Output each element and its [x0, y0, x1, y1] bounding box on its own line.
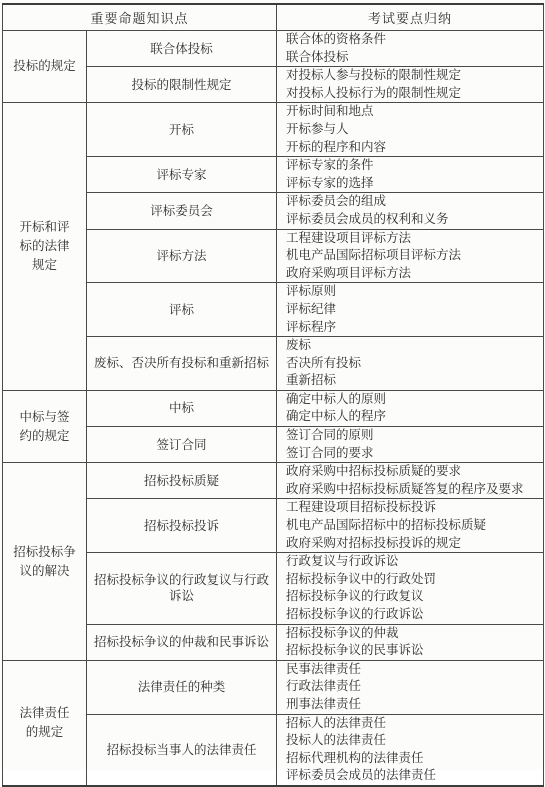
topic-cell: 招标投标当事人的法律责任	[87, 714, 277, 770]
topic-cell: 评标专家	[87, 157, 277, 193]
points-cell: 工程建设项目评标方法 机电产品国际招标项目评标方法 政府采购项目评标方法	[277, 229, 544, 283]
points-cell: 招标投标争议的仲裁 招标投标争议的民事诉讼	[277, 624, 544, 660]
topic-cell: 评标	[87, 283, 277, 337]
topic-cell: 签订合同	[87, 427, 277, 463]
points-cell: 签订合同的原则 签订合同的要求	[277, 427, 544, 463]
category-cell: 法律责任 的规定	[3, 660, 87, 770]
table-row: 法律责任 的规定 法律责任的种类 民事法律责任 行政法律责任 刑事法律责任	[3, 660, 544, 714]
category-cell: 投标的规定	[3, 31, 87, 103]
table-row: 投标的规定 联合体投标 联合体的资格条件 联合体投标	[3, 31, 544, 67]
topic-cell: 法律责任的种类	[87, 660, 277, 714]
points-cell: 招标人的法律责任 投标人的法律责任 招标代理机构的法律责任 评标委员会成员的法律…	[277, 714, 544, 770]
topic-cell: 投标的限制性规定	[87, 67, 277, 103]
header-knowledge-points: 重要命题知识点	[3, 4, 277, 31]
points-cell: 开标时间和地点 开标参与人 开标的程序和内容	[277, 103, 544, 157]
topic-cell: 中标	[87, 390, 277, 426]
points-cell: 联合体的资格条件 联合体投标	[277, 31, 544, 67]
topic-cell: 招标投标投诉	[87, 499, 277, 553]
points-cell: 政府采购中招标投标质疑的要求 政府采购中招标投标质疑答复的程序及要求	[277, 463, 544, 499]
header-row: 重要命题知识点 考试要点归纳	[3, 4, 544, 31]
document-page: 重要命题知识点 考试要点归纳 投标的规定 联合体投标 联合体的资格条件 联合体投…	[0, 0, 545, 770]
topic-cell: 联合体投标	[87, 31, 277, 67]
points-cell: 民事法律责任 行政法律责任 刑事法律责任	[277, 660, 544, 714]
topic-cell: 开标	[87, 103, 277, 157]
knowledge-table: 重要命题知识点 考试要点归纳 投标的规定 联合体投标 联合体的资格条件 联合体投…	[2, 3, 544, 770]
points-cell: 评标委员会的组成 评标委员会成员的权利和义务	[277, 193, 544, 229]
table-row: 开标和评 标的法律 规定 开标 开标时间和地点 开标参与人 开标的程序和内容	[3, 103, 544, 157]
table-row: 招标投标争 议的解决 招标投标质疑 政府采购中招标投标质疑的要求 政府采购中招标…	[3, 463, 544, 499]
points-cell: 行政复议与行政诉讼 招标投标争议中的行政处罚 招标投标争议的行政复议 招标投标争…	[277, 553, 544, 624]
topic-cell: 招标投标争议的仲裁和民事诉讼	[87, 624, 277, 660]
category-cell: 中标与签 约的规定	[3, 390, 87, 462]
points-cell: 废标 否决所有投标 重新招标	[277, 337, 544, 391]
table-row: 中标与签 约的规定 中标 确定中标人的原则 确定中标人的程序	[3, 390, 544, 426]
topic-cell: 评标委员会	[87, 193, 277, 229]
points-cell: 评标专家的条件 评标专家的选择	[277, 157, 544, 193]
points-cell: 确定中标人的原则 确定中标人的程序	[277, 390, 544, 426]
points-cell: 对投标人参与投标的限制性规定 对投标人投标行为的限制性规定	[277, 67, 544, 103]
category-cell: 招标投标争 议的解决	[3, 463, 87, 661]
topic-cell: 招标投标质疑	[87, 463, 277, 499]
topic-cell: 废标、否决所有投标和重新招标	[87, 337, 277, 391]
points-cell: 评标原则 评标纪律 评标程序	[277, 283, 544, 337]
points-cell: 工程建设项目招标投标投诉 机电产品国际招标中的招标投标质疑 政府采购对招标投标投…	[277, 499, 544, 553]
topic-cell: 招标投标争议的行政复议与行政诉讼	[87, 553, 277, 624]
topic-cell: 评标方法	[87, 229, 277, 283]
category-cell: 开标和评 标的法律 规定	[3, 103, 87, 391]
header-exam-points: 考试要点归纳	[277, 4, 544, 31]
